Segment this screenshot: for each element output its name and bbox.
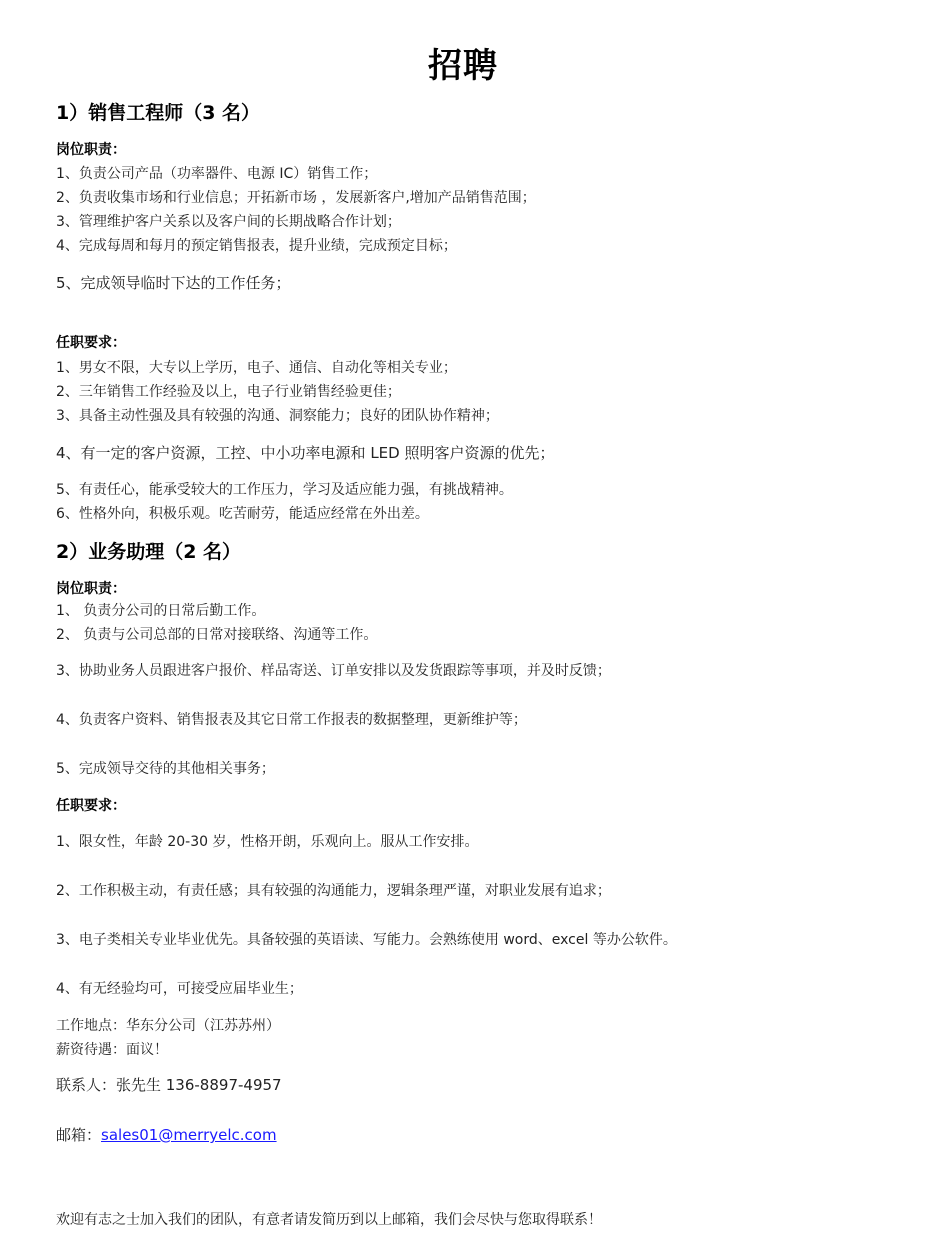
position-2-duties-label: 岗位职责：	[56, 578, 126, 598]
salary: 薪资待遇：面议！	[56, 1039, 168, 1059]
position-2-req-3: 3、电子类相关专业毕业优先。具备较强的英语读、写能力。会熟练使用 word、ex…	[56, 929, 677, 949]
contact-person: 联系人：张先生 136-8897-4957	[56, 1074, 282, 1095]
position-1-req-1: 1、男女不限，大专以上学历，电子、通信、自动化等相关专业；	[56, 357, 457, 377]
position-2-duty-3: 3、协助业务人员跟进客户报价、样品寄送、订单安排以及发货跟踪等事项，并及时反馈；	[56, 660, 611, 680]
email-link[interactable]: sales01@merryelc.com	[101, 1126, 277, 1144]
position-2-requirements-label: 任职要求：	[56, 795, 126, 815]
position-2-req-4: 4、有无经验均可，可接受应届毕业生；	[56, 978, 303, 998]
position-1-duty-3: 3、管理维护客户关系以及客户间的长期战略合作计划；	[56, 211, 401, 231]
page-title: 招聘	[0, 38, 926, 87]
position-1-duty-1: 1、负责公司产品（功率器件、电源 IC）销售工作；	[56, 163, 377, 183]
position-2-req-1: 1、限女性，年龄 20-30 岁，性格开朗，乐观向上。服从工作安排。	[56, 831, 479, 851]
position-2-duty-5: 5、完成领导交待的其他相关事务；	[56, 758, 275, 778]
email-label: 邮箱：	[56, 1126, 101, 1144]
work-location: 工作地点：华东分公司（江苏苏州）	[56, 1015, 280, 1035]
position-1-duty-4: 4、完成每周和每月的预定销售报表，提升业绩，完成预定目标；	[56, 235, 457, 255]
position-1-heading: 1）销售工程师（3 名）	[56, 98, 260, 125]
closing-message: 欢迎有志之士加入我们的团队，有意者请发简历到以上邮箱，我们会尽快与您取得联系！	[56, 1209, 602, 1229]
position-2-duty-1: 1、 负责分公司的日常后勤工作。	[56, 600, 265, 620]
position-1-requirements-label: 任职要求：	[56, 332, 126, 352]
position-1-duty-5: 5、完成领导临时下达的工作任务；	[56, 272, 291, 293]
position-1-req-4: 4、有一定的客户资源，工控、中小功率电源和 LED 照明客户资源的优先；	[56, 442, 554, 463]
position-2-req-2: 2、工作积极主动，有责任感；具有较强的沟通能力，逻辑条理严谨，对职业发展有追求；	[56, 880, 611, 900]
position-1-duties-label: 岗位职责：	[56, 139, 126, 159]
email-line: 邮箱：sales01@merryelc.com	[56, 1124, 277, 1145]
position-1-req-2: 2、三年销售工作经验及以上，电子行业销售经验更佳；	[56, 381, 401, 401]
position-1-req-6: 6、性格外向，积极乐观。吃苦耐劳，能适应经常在外出差。	[56, 503, 429, 523]
position-2-heading: 2）业务助理（2 名）	[56, 537, 241, 564]
position-2-duty-4: 4、负责客户资料、销售报表及其它日常工作报表的数据整理，更新维护等；	[56, 709, 527, 729]
position-1-req-3: 3、具备主动性强及具有较强的沟通、洞察能力；良好的团队协作精神；	[56, 405, 499, 425]
position-1-req-5: 5、有责任心，能承受较大的工作压力，学习及适应能力强，有挑战精神。	[56, 479, 513, 499]
position-2-duty-2: 2、 负责与公司总部的日常对接联络、沟通等工作。	[56, 624, 377, 644]
position-1-duty-2: 2、负责收集市场和行业信息；开拓新市场 ，发展新客户,增加产品销售范围；	[56, 187, 536, 207]
